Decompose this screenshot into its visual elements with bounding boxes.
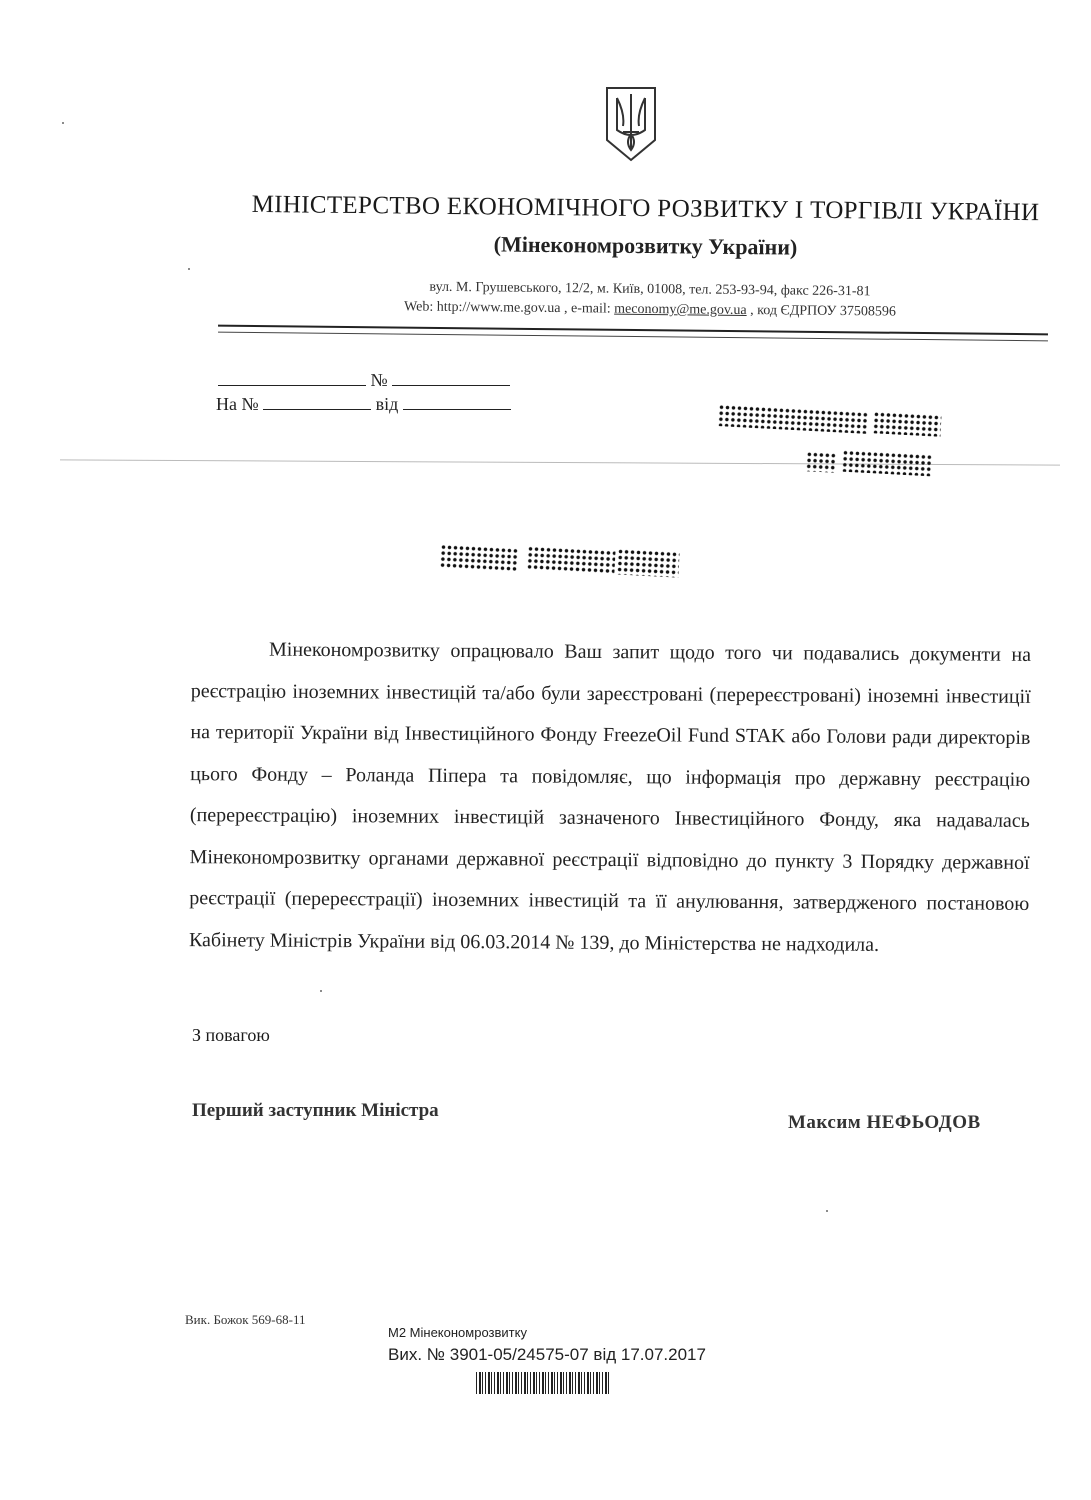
ministry-address: вул. М. Грушевського, 12/2, м. Київ, 010… <box>300 278 1000 301</box>
scan-speck <box>62 122 64 124</box>
reply-reference-line: На № від <box>216 394 511 415</box>
scan-speck <box>826 1210 828 1212</box>
reply-label: На № <box>216 394 259 414</box>
number-label: № <box>371 370 388 390</box>
redacted-salutation-b <box>526 546 615 575</box>
letter-body: Мінекономрозвитку опрацювало Ваш запит щ… <box>189 629 1031 967</box>
date-blank <box>218 371 366 386</box>
outgoing-number: Вих. № 3901-05/24575-07 від 17.07.2017 <box>388 1345 706 1365</box>
reply-number-blank <box>263 395 371 410</box>
scan-speck <box>188 268 190 270</box>
redacted-recipient-line1a <box>718 404 869 434</box>
redacted-salutation-a <box>439 544 518 572</box>
signatory-name: Максим НЕФЬОДОВ <box>788 1112 981 1134</box>
email-link[interactable]: meconomy@me.gov.ua <box>614 302 747 318</box>
redacted-salutation-c <box>616 548 679 577</box>
redacted-recipient-line1b <box>872 411 941 437</box>
number-blank <box>392 371 510 386</box>
ministry-contacts: Web: http://www.me.gov.ua , e-mail: meco… <box>300 298 1000 321</box>
closing: З повагою <box>192 1025 270 1046</box>
barcode <box>476 1372 611 1394</box>
ministry-name: МІНІСТЕРСТВО ЕКОНОМІЧНОГО РОЗВИТКУ І ТОР… <box>0 188 1091 227</box>
date-label: від <box>376 394 399 414</box>
redacted-recipient-line2a <box>805 451 836 473</box>
scan-speck <box>320 990 322 992</box>
ministry-short-name: (Мінекономрозвитку України) <box>0 226 1091 263</box>
stamp-organization: М2 Мінекономрозвитку <box>388 1325 527 1340</box>
edrpou-code: , код ЄДРПОУ 37508596 <box>747 303 896 320</box>
web-prefix: Web: http://www.me.gov.ua , e-mail: <box>404 299 614 316</box>
reply-date-blank <box>403 395 511 410</box>
letter-paragraph: Мінекономрозвитку опрацювало Ваш запит щ… <box>189 629 1031 967</box>
registration-number-line: № <box>218 370 510 391</box>
executor-info: Вик. Божок 569-68-11 <box>185 1312 306 1328</box>
trident-emblem-icon <box>603 84 659 164</box>
signatory-title: Перший заступник Міністра <box>192 1100 439 1122</box>
redacted-recipient-line2b <box>841 450 932 477</box>
